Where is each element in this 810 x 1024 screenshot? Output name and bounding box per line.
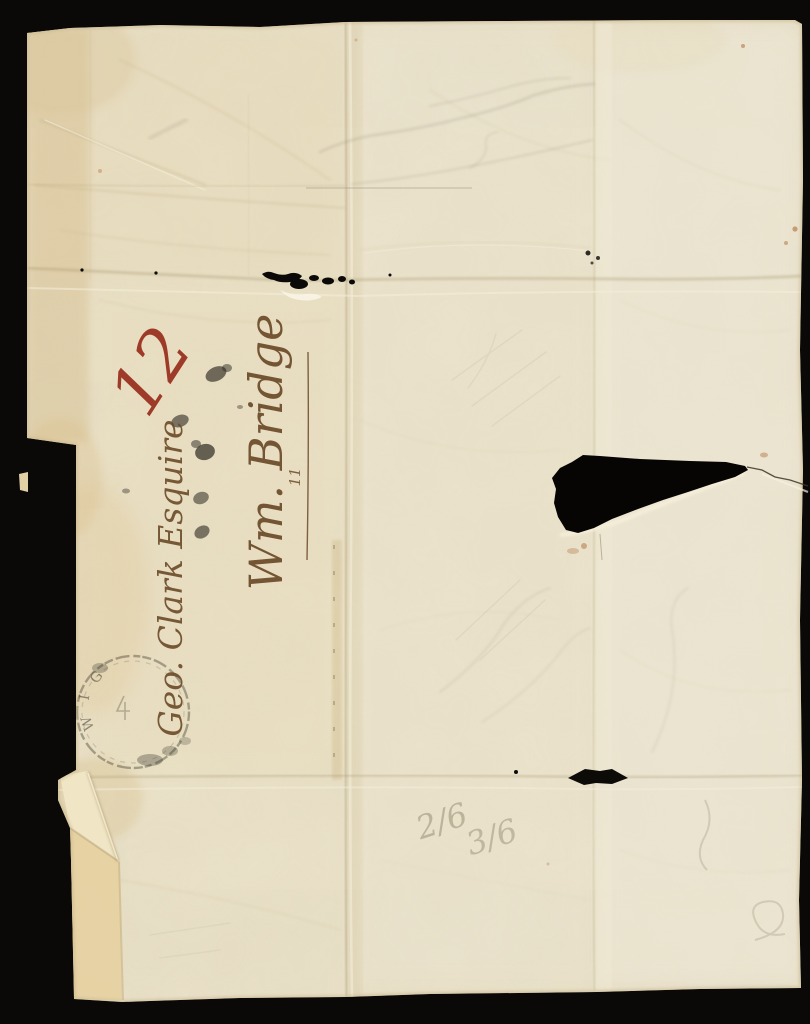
left-edge-paper-tab <box>19 472 28 492</box>
ditto-mark: 11 <box>286 467 304 486</box>
address-line-2: Wm. Bridge <box>239 314 293 591</box>
letter-scan: G I W 12 Wm. Bridge Geo. Clark Esquire 1… <box>0 0 810 1024</box>
address-line-1: Geo. Clark Esquire <box>151 419 190 736</box>
